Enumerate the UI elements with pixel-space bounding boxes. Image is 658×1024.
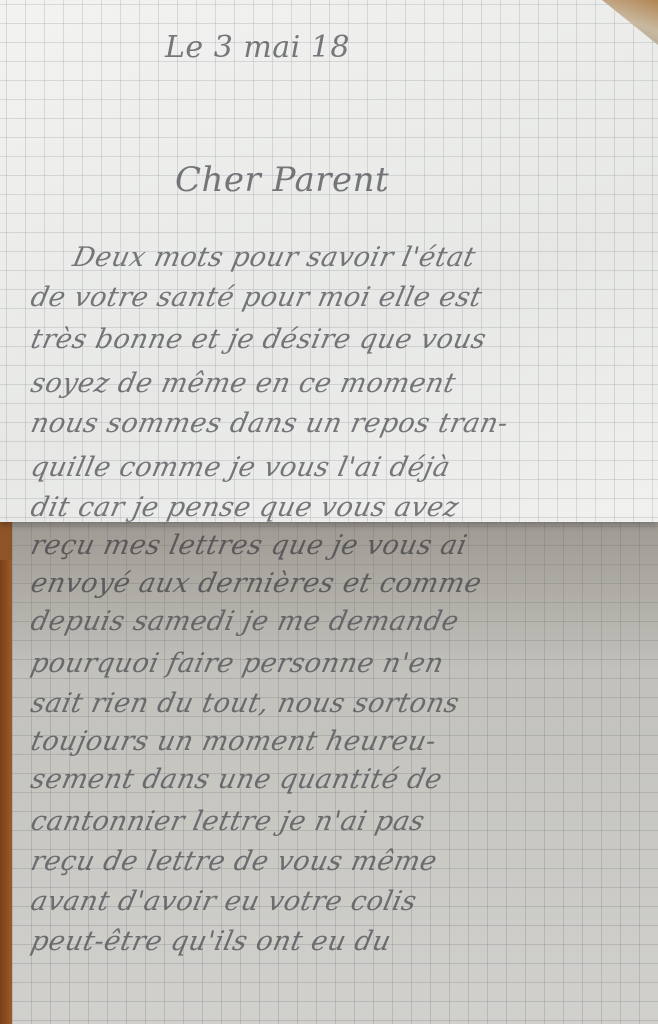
body-line: pourquoi faire personne n'en: [28, 648, 447, 679]
body-line: cantonnier lettre je n'ai pas: [28, 806, 428, 837]
body-line: reçu mes lettres que je vous ai: [28, 530, 470, 561]
body-line: de votre santé pour moi elle est: [28, 282, 485, 313]
body-line: envoyé aux dernières et comme: [28, 568, 485, 599]
body-line: dit car je pense que vous avez: [28, 492, 462, 523]
body-line: peut-être qu'ils ont eu du: [28, 926, 394, 957]
date-line: Le 3 mai 18: [165, 30, 350, 65]
body-line: très bonne et je désire que vous: [28, 324, 489, 355]
letter-sheet: Le 3 mai 18 Cher Parent Deux mots pour s…: [0, 0, 658, 1024]
body-line: Deux mots pour savoir l'état: [70, 242, 478, 273]
letter-photo: Le 3 mai 18 Cher Parent Deux mots pour s…: [0, 0, 658, 1024]
body-line: avant d'avoir eu votre colis: [28, 886, 420, 917]
body-line: quille comme je vous l'ai déjà: [28, 452, 453, 483]
body-line: sait rien du tout, nous sortons: [28, 688, 462, 719]
body-line: depuis samedi je me demande: [28, 606, 462, 637]
body-line: reçu de lettre de vous même: [28, 846, 440, 877]
salutation: Cher Parent: [175, 160, 389, 200]
body-line: soyez de même en ce moment: [28, 368, 459, 399]
body-line: toujours un moment heureu-: [28, 726, 439, 757]
body-line: sement dans une quantité de: [28, 764, 445, 795]
body-line: nous sommes dans un repos tran-: [28, 408, 511, 439]
